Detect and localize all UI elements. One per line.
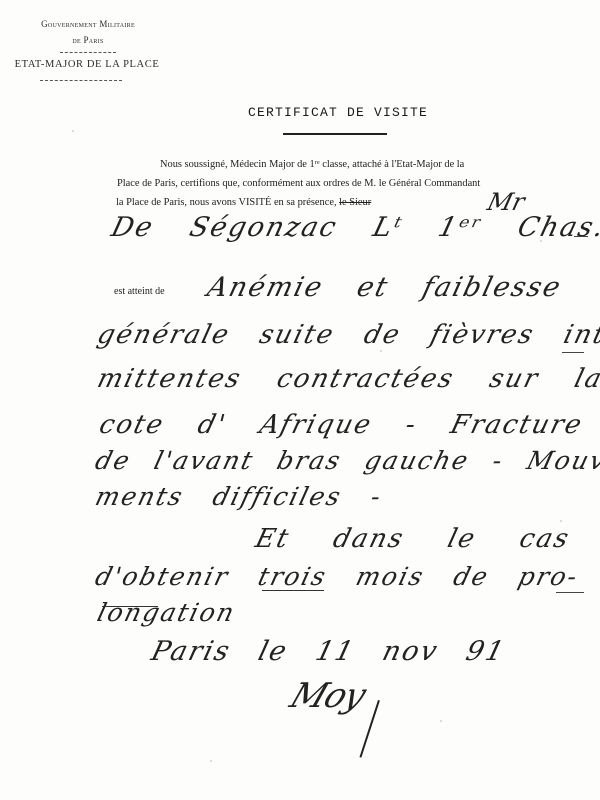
handwritten-date-line: Paris le 11 nov 91 <box>148 636 509 667</box>
margin-dash <box>556 592 584 593</box>
handwritten-underline <box>102 606 158 607</box>
printed-line-3-prefix: la Place de Paris, nous avons VISITÉ en … <box>116 197 337 208</box>
handwritten-diagnosis-4: cote d' Afrique - Fracture <box>96 410 586 440</box>
margin-dash <box>574 236 588 237</box>
handwritten-underline <box>262 590 324 591</box>
handwritten-request-2: d'obtenir trois mois de pro- <box>92 562 582 591</box>
header-staff: ETAT-MAJOR DE LA PLACE <box>2 59 172 70</box>
handwritten-request-1: Et dans le cas <box>252 524 573 554</box>
handwritten-diagnosis-6: ments difficiles - <box>92 482 385 511</box>
signature: Moy <box>285 676 371 716</box>
printed-line-3: la Place de Paris, nous avons VISITÉ en … <box>116 197 371 208</box>
paper-speck <box>380 350 382 352</box>
header-divider <box>40 80 122 81</box>
signature-flourish <box>359 700 379 758</box>
handwritten-diagnosis-2: générale suite de fièvres inter- <box>94 320 600 350</box>
title-underline <box>283 133 387 135</box>
handwritten-diagnosis-5: de l'avant bras gauche - Mouve- <box>92 446 600 475</box>
struck-text: le Sieur <box>339 197 371 208</box>
handwritten-diagnosis-3: mittentes contractées sur la <box>94 364 600 394</box>
atteint-label: est atteint de <box>114 286 165 297</box>
printed-line-2: Place de Paris, certifions que, conformé… <box>117 178 480 189</box>
margin-dash <box>562 352 584 353</box>
paper-speck <box>560 520 562 522</box>
handwritten-name-rank: De Ségonzac Lᵗ 1ᵉʳ Chas. <box>108 212 600 243</box>
header-city: de Paris <box>18 35 158 45</box>
paper-speck <box>210 760 212 762</box>
header-divider <box>60 52 116 53</box>
header-government: Gouvernement Militaire <box>18 19 158 29</box>
certificate-page: Gouvernement Militaire de Paris ETAT-MAJ… <box>0 0 600 800</box>
handwritten-diagnosis-1: Anémie et faiblesse <box>204 272 565 303</box>
document-title: CERTIFICAT DE VISITE <box>248 105 428 120</box>
handwritten-request-3: longation <box>94 598 238 627</box>
printed-line-1: Nous soussigné, Médecin Major de 1ʳᵉ cla… <box>160 159 464 170</box>
paper-speck <box>72 130 74 132</box>
paper-speck <box>440 720 442 722</box>
